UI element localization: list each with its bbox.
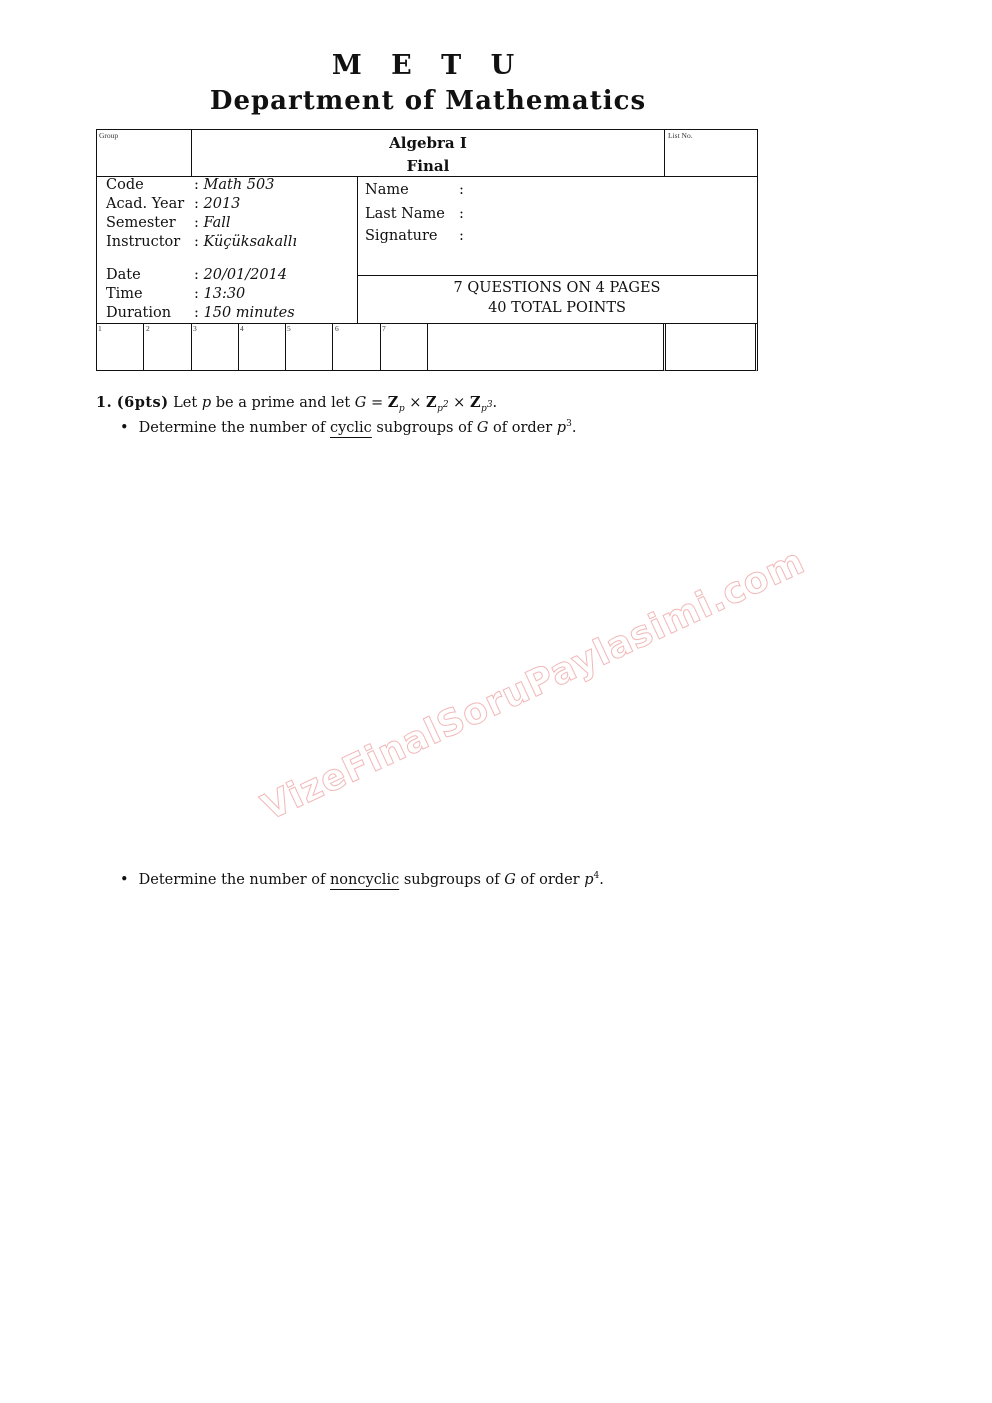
field-label: Signature bbox=[365, 228, 459, 244]
info-value: 13:30 bbox=[204, 286, 246, 302]
info-label: Date bbox=[106, 267, 194, 283]
stem-mid: be a prime and let bbox=[216, 395, 350, 411]
score-cell-1[interactable] bbox=[96, 323, 144, 371]
field-label: Last Name bbox=[365, 206, 459, 222]
info-value: 2013 bbox=[204, 196, 241, 212]
department-title: Department of Mathematics bbox=[0, 86, 856, 116]
part-suffix2: of order bbox=[520, 872, 579, 888]
info-label: Acad. Year bbox=[106, 196, 194, 212]
part-prefix: Determine the number of bbox=[139, 872, 326, 888]
field-label: Name bbox=[365, 182, 459, 198]
question-1-part-a: • Determine the number of cyclic subgrou… bbox=[120, 419, 576, 436]
group-formula: G = Zp × Zp2 × Zp3. bbox=[355, 395, 497, 411]
exam-type: Final bbox=[191, 157, 665, 175]
part-var: G bbox=[504, 872, 516, 888]
info-value: Fall bbox=[204, 215, 231, 231]
info-instructor: Instructor: Küçüksakallı bbox=[106, 234, 297, 250]
info-date: Date: 20/01/2014 bbox=[106, 267, 287, 283]
info-duration: Duration: 150 minutes bbox=[106, 305, 295, 321]
score-label-1: 1 bbox=[98, 324, 102, 333]
bullet-icon: • bbox=[120, 872, 134, 888]
part-suffix: subgroups of bbox=[376, 420, 472, 436]
score-cell-6[interactable] bbox=[332, 323, 381, 371]
info-label: Time bbox=[106, 286, 194, 302]
part-emphasis: noncyclic bbox=[330, 872, 399, 888]
question-1-stem: 1. (6pts) Let p be a prime and let G = Z… bbox=[96, 394, 497, 414]
question-points: (6pts) bbox=[117, 394, 169, 411]
part-exponent: 3 bbox=[566, 419, 572, 429]
score-label-2: 2 bbox=[146, 324, 150, 333]
info-semester: Semester: Fall bbox=[106, 215, 231, 231]
info-label: Instructor bbox=[106, 234, 194, 250]
info-value: Küçüksakallı bbox=[204, 234, 298, 250]
score-label-7: 7 bbox=[382, 324, 386, 333]
info-label: Duration bbox=[106, 305, 194, 321]
info-time: Time: 13:30 bbox=[106, 286, 245, 302]
part-exponent: 4 bbox=[594, 871, 600, 881]
info-value: 20/01/2014 bbox=[204, 267, 288, 283]
name-field[interactable]: Name: bbox=[365, 182, 464, 198]
part-emphasis: cyclic bbox=[330, 420, 372, 436]
score-label-5: 5 bbox=[287, 324, 291, 333]
info-code: Code: Math 503 bbox=[106, 177, 274, 193]
bullet-icon: • bbox=[120, 420, 134, 436]
part-suffix: subgroups of bbox=[404, 872, 500, 888]
score-label-3: 3 bbox=[193, 324, 197, 333]
summary-points: 40 TOTAL POINTS bbox=[357, 300, 757, 316]
stem-var: p bbox=[202, 395, 211, 411]
info-label: Code bbox=[106, 177, 194, 193]
score-cell-3[interactable] bbox=[191, 323, 239, 371]
watermark: VizeFinalSoruPaylasimi.com bbox=[256, 572, 745, 829]
info-acad-year: Acad. Year: 2013 bbox=[106, 196, 240, 212]
info-value: Math 503 bbox=[204, 177, 275, 193]
score-cell-4[interactable] bbox=[238, 323, 286, 371]
part-exp-base: p bbox=[557, 420, 566, 436]
total-score-cell[interactable] bbox=[663, 323, 758, 371]
part-suffix2: of order bbox=[493, 420, 552, 436]
score-cell-7[interactable] bbox=[380, 323, 428, 371]
part-exp-base: p bbox=[584, 872, 593, 888]
institution-title: M E T U bbox=[0, 50, 856, 81]
score-label-6: 6 bbox=[335, 324, 339, 333]
score-blank-cell[interactable] bbox=[427, 323, 664, 371]
part-var: G bbox=[477, 420, 489, 436]
group-label: Group bbox=[99, 131, 118, 140]
score-cell-2[interactable] bbox=[143, 323, 192, 371]
score-label-4: 4 bbox=[240, 324, 244, 333]
signature-field[interactable]: Signature: bbox=[365, 228, 464, 244]
question-number: 1. bbox=[96, 394, 112, 411]
summary-questions: 7 QUESTIONS ON 4 PAGES bbox=[357, 280, 757, 296]
list-no-label: List No. bbox=[668, 131, 693, 140]
last-name-field[interactable]: Last Name: bbox=[365, 206, 464, 222]
score-cell-5[interactable] bbox=[285, 323, 333, 371]
course-title: Algebra I bbox=[191, 134, 665, 152]
stem-prefix: Let bbox=[173, 395, 197, 411]
part-prefix: Determine the number of bbox=[139, 420, 326, 436]
info-label: Semester bbox=[106, 215, 194, 231]
question-1-part-b: • Determine the number of noncyclic subg… bbox=[120, 871, 604, 888]
info-value: 150 minutes bbox=[204, 305, 295, 321]
